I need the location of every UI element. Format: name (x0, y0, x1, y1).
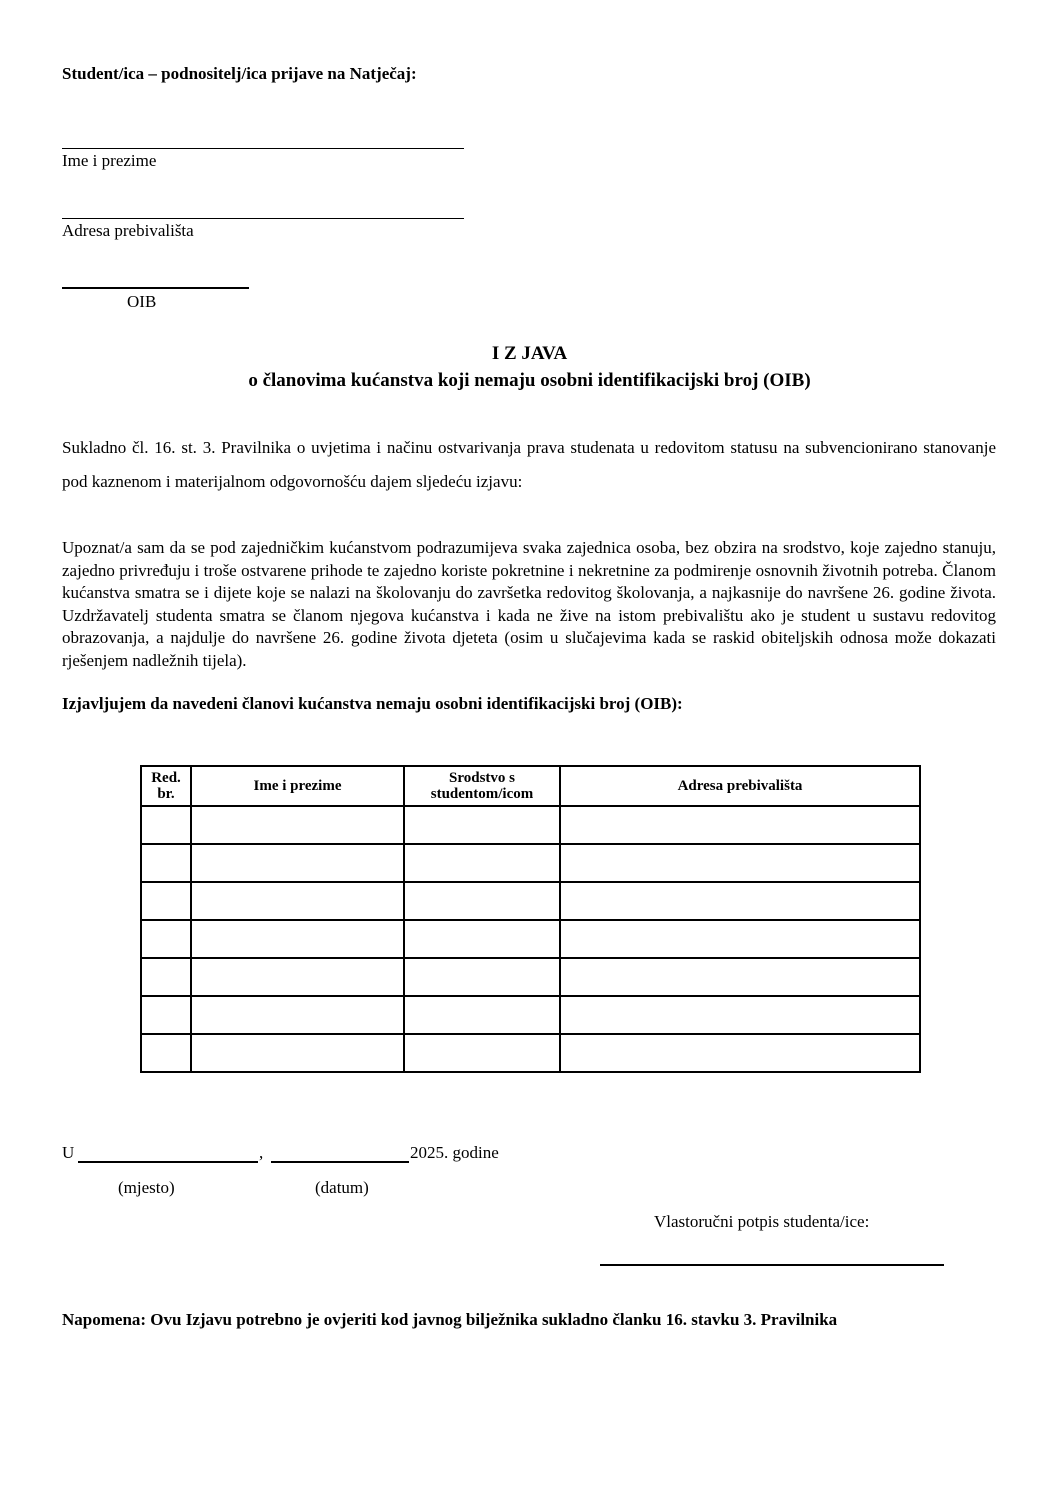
cell-number[interactable] (141, 958, 191, 996)
cell-address[interactable] (560, 844, 920, 882)
cell-number[interactable] (141, 844, 191, 882)
household-definition-paragraph: Upoznat/a sam da se pod zajedničkim kuća… (62, 537, 996, 672)
cell-relation[interactable] (404, 806, 560, 844)
cell-address[interactable] (560, 882, 920, 920)
declaration-statement: Izjavljujem da navedeni članovi kućanstv… (62, 694, 683, 714)
column-header-relation: Srodstvo s studentom/icom (404, 766, 560, 806)
place-label: (mjesto) (118, 1178, 175, 1198)
cell-number[interactable] (141, 1034, 191, 1072)
column-header-number: Red. br. (141, 766, 191, 806)
cell-name[interactable] (191, 844, 404, 882)
address-field-label: Adresa prebivališta (62, 221, 194, 241)
cell-name[interactable] (191, 882, 404, 920)
name-field-label: Ime i prezime (62, 151, 156, 171)
date-field-line[interactable] (271, 1161, 409, 1163)
column-header-name: Ime i prezime (191, 766, 404, 806)
cell-number[interactable] (141, 920, 191, 958)
name-field-line[interactable] (62, 148, 464, 149)
table-row (141, 920, 920, 958)
cell-name[interactable] (191, 958, 404, 996)
date-label: (datum) (315, 1178, 369, 1198)
cell-address[interactable] (560, 806, 920, 844)
oib-field-line[interactable] (62, 287, 249, 289)
place-prefix: U (62, 1143, 74, 1163)
table-row (141, 1034, 920, 1072)
cell-number[interactable] (141, 882, 191, 920)
table-header-row: Red. br. Ime i prezime Srodstvo s studen… (141, 766, 920, 806)
document-subtitle: o članovima kućanstva koji nemaju osobni… (0, 370, 1059, 392)
cell-number[interactable] (141, 996, 191, 1034)
cell-name[interactable] (191, 806, 404, 844)
cell-name[interactable] (191, 1034, 404, 1072)
notary-note: Napomena: Ovu Izjavu potrebno je ovjerit… (62, 1310, 837, 1330)
table-row (141, 844, 920, 882)
intro-paragraph: Sukladno čl. 16. st. 3. Pravilnika o uvj… (62, 431, 996, 499)
cell-relation[interactable] (404, 844, 560, 882)
oib-field-label: OIB (127, 292, 156, 312)
column-header-address: Adresa prebivališta (560, 766, 920, 806)
cell-relation[interactable] (404, 920, 560, 958)
year-suffix: 2025. godine (410, 1143, 499, 1163)
applicant-heading: Student/ica – podnositelj/ica prijave na… (62, 64, 417, 84)
table-row (141, 958, 920, 996)
table-row (141, 996, 920, 1034)
place-field-line[interactable] (78, 1161, 258, 1163)
cell-relation[interactable] (404, 996, 560, 1034)
signature-label: Vlastoručni potpis studenta/ice: (654, 1212, 869, 1232)
cell-relation[interactable] (404, 882, 560, 920)
cell-relation[interactable] (404, 958, 560, 996)
household-members-table: Red. br. Ime i prezime Srodstvo s studen… (140, 765, 921, 1073)
table-row (141, 882, 920, 920)
table-row (141, 806, 920, 844)
cell-name[interactable] (191, 996, 404, 1034)
cell-address[interactable] (560, 920, 920, 958)
place-date-separator: , (259, 1143, 263, 1163)
cell-relation[interactable] (404, 1034, 560, 1072)
signature-line[interactable] (600, 1264, 944, 1266)
cell-number[interactable] (141, 806, 191, 844)
cell-address[interactable] (560, 958, 920, 996)
address-field-line[interactable] (62, 218, 464, 219)
document-title: I Z JAVA (0, 343, 1059, 365)
cell-address[interactable] (560, 996, 920, 1034)
cell-address[interactable] (560, 1034, 920, 1072)
cell-name[interactable] (191, 920, 404, 958)
